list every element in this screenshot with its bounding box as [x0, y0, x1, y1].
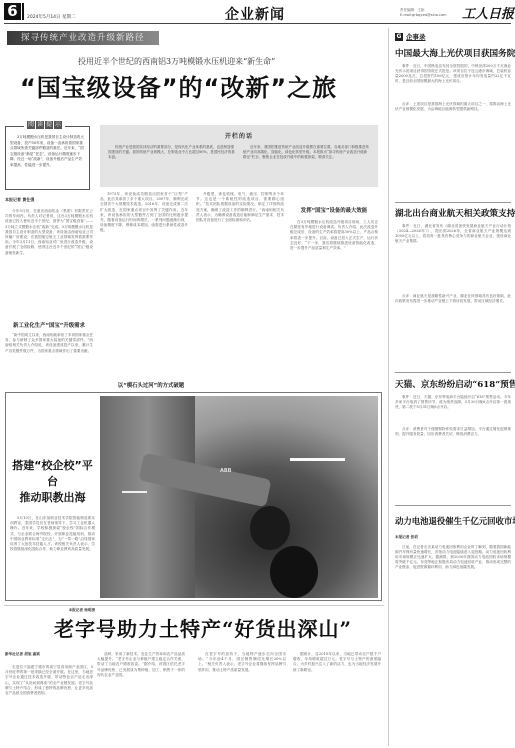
column-intro-p2: 近年来，我国把推进传统产业改造升级摆在重要位置，各地各部门积极推进传统产业向高端… — [243, 145, 370, 160]
side-item-byline: 本报记者 张玥 — [395, 535, 511, 540]
side-item-text: 日前，在记者走访某动力电池回收利用企业时了解到，随着我国新能源汽车保有量快速增长… — [395, 545, 511, 735]
person-figure — [250, 506, 290, 550]
lead-subhead-3: 发挥“国宝”设备的最大效能 — [290, 206, 378, 214]
news-photo-robot-training: ABB — [100, 396, 378, 598]
lead-col3-text: 升级型，涉及机械、电气、液压、控制等多个环节。这也是一个系统性的改造项目，需要精… — [196, 192, 284, 387]
lead-col-1: 本报记者 黄仕强 今年5月初，在重庆西南铝业（集团）有限责任公司的车间内，负责人… — [5, 197, 93, 385]
column-intro-title: 开栏的话 — [108, 131, 370, 140]
bottom-byline: 新华社记者 胡旭 惠斌 — [5, 652, 93, 657]
lead-byline: 本报记者 黄仕强 — [5, 197, 93, 203]
person-figure — [270, 546, 318, 598]
bottom-col2-text: 品种，采用了新技术，农业生产效率和农产品品质大幅提升。“老字号企业与种植户建立稳… — [97, 652, 185, 748]
lead-col-2: 1973年，该设备成功锻造出国家首个“巨型”产品，此后其承担了多个重大项目。20… — [100, 192, 188, 372]
robot-brand-label: ABB — [220, 468, 232, 474]
bottom-col1-text: 走进位于福建宁德市的周宁县食用菌产业园区，5月份旺季的第一批采摘已经全面开展。在… — [5, 665, 93, 747]
g-logo-icon: G — [395, 33, 403, 41]
tip-char: 提 — [45, 121, 53, 129]
side-item-event: 事件：近日，天猫、京东等电商平台陆续开启“618”预售活动。今年多家平台取消了预… — [395, 395, 511, 427]
bottom-col-2: 品种，采用了新技术，农业生产效率和农产品品质大幅提升。“老字号企业与种植户建立稳… — [97, 652, 185, 748]
robot-arm-shape — [100, 396, 195, 598]
side-item-event: 事件：近日，中国核电宣布其全资控股的、中核田湾200万千瓦渔业光伏示范项目获得国… — [395, 64, 511, 102]
side-item-4: 动力电池退役催生千亿元回收市场 本报记者 张玥 日前，在记者走访某动力电池回收利… — [395, 515, 511, 735]
vocational-headline-1: 搭建“校企校”平台 — [10, 458, 95, 490]
lead-subhead-1: 新工业化生产“国宝”升级需求 — [5, 321, 93, 329]
column-banner: 探寻传统产业改造升级新路径 — [7, 31, 159, 45]
bottom-col4-text: 据统计，自2019年以来，当地已带动农户数千户增收，年均增收超过万元。老字号与土… — [293, 652, 381, 748]
bottom-col-1: 新华社记者 胡旭 惠斌 走进位于福建宁德市的周宁县食用菌产业园区，5月份旺季的第… — [5, 652, 93, 747]
bottom-col3-text: 在老字号的加持下，当地特产逐步走向全国市场。“今年前4个月，园区销售额同比增长2… — [198, 652, 286, 748]
ceiling-light — [122, 491, 147, 493]
side-item-2: 湖北出台商业航天相关政策支持 事件：近日，湖北省发布《湖北省加快发展商业航天产业… — [395, 207, 511, 374]
side-column-divider — [388, 28, 389, 746]
editor-email: E-mail:grbqyxw@sina.com — [400, 13, 460, 18]
lead-headline: “国宝级设备”的“改新”之旅 — [20, 68, 337, 103]
bottom-col-4: 据统计，自2019年以来，当地已带动农户数千户增收，年均增收超过万元。老字号与土… — [293, 652, 381, 748]
side-item-title: 湖北出台商业航天相关政策支持 — [395, 207, 511, 219]
lead-col2-text: 1973年，该设备成功锻造出国家首个“巨型”产品，此后其承担了多个重大项目。20… — [100, 192, 188, 372]
side-item-1: 中国最大海上光伏项目获国务院批复 事件：近日，中国核电宣布其全资控股的、中核田湾… — [395, 47, 511, 232]
side-item-title: 动力电池退役催生千亿元回收市场 — [395, 515, 511, 527]
side-item-comment: 点评：消费者对于便捷购物体验需求日益增加，平台通过简化促销规则、提升服务质量，回… — [395, 427, 511, 512]
side-section-header: G 企事录 — [395, 32, 426, 41]
lead-col1-text: 今年5月初，在重庆西南铝业（集团）有限责任公司的车间内，负责人对记者说，这台3万… — [5, 209, 93, 317]
lead-subhead-2-wrap: 以“模石头过河”的方式破题 — [106, 381, 196, 389]
tip-char: 示 — [54, 121, 62, 129]
bottom-headline: 老字号助力土特产“好货出深山” — [54, 613, 352, 642]
side-item-3: 天猫、京东纷纷启动“618”预售 事件：近日，天猫、京东等电商平台陆续开启“61… — [395, 378, 511, 512]
reading-tip-label: 阅 读 提 示 — [24, 121, 65, 129]
header-divider — [4, 23, 511, 24]
lead-col1-text2: “新中国成立以来，西南铝就承担了多项国家重点任务，参与研制了众多国家重大装备的关… — [5, 333, 93, 385]
newspaper-logo: 工人日报 — [462, 3, 514, 22]
vocational-text: 5月10日，在山东某职业技术学院智能制造系实训教室，泰国学员们在老师指导下，学习… — [10, 516, 95, 606]
column-intro-box: 开栏的话 传统产业是我国实体经济的重要部分，是现代化产业体系的基底，也是制造强国… — [100, 125, 378, 187]
side-divider — [395, 202, 511, 203]
ceiling-light — [290, 458, 345, 461]
page-number: 6 — [4, 3, 21, 20]
side-divider — [395, 505, 511, 506]
side-item-comment: 点评：商业航天是战略性新兴产业，湖北在该领域具有良好基础，此次政策发布将进一步推… — [395, 294, 511, 374]
tip-char: 阅 — [27, 121, 35, 129]
editor-info: 责任编辑：王娇 E-mail:grbqyxw@sina.com — [400, 8, 460, 17]
reading-tip-box: 3万吨模锻水压机是我国自主设计制造的大型设备，投产50年来，设备一直承担着国家重… — [5, 126, 90, 190]
side-item-title: 天猫、京东纷纷启动“618”预售 — [395, 378, 511, 390]
lead-col-4: 发挥“国宝”设备的最大效能 在3万吨模锻水压机改造升级项目现场，工人们正在紧张有… — [290, 192, 378, 380]
side-item-title: 中国最大海上光伏项目获国务院批复 — [395, 47, 511, 59]
lead-col-3: 升级型，涉及机械、电气、液压、控制等多个环节。这也是一个系统性的改造项目，需要精… — [196, 192, 284, 387]
side-item-event: 事件：近日，湖北省发布《湖北省加快发展商业航天产业行动计划（2024—2026年… — [395, 224, 511, 294]
bottom-divider — [4, 605, 384, 606]
issue-date: 2024年5月14日 星期二 — [27, 14, 75, 20]
side-section-label: 企事录 — [406, 32, 426, 41]
lead-subhead-2: 以“模石头过河”的方式破题 — [106, 381, 196, 389]
lead-col4-text: 在3万吨模锻水压机改造升级项目现场，工人们正在紧张有序地进行设备调试。负责人介绍… — [290, 220, 378, 380]
reading-tip-text: 3万吨模锻水压机是我国自主设计制造的大型设备，投产50年来，设备一直承担着国家重… — [10, 135, 85, 169]
side-divider — [395, 372, 511, 373]
bottom-col-3: 在老字号的加持下，当地特产逐步走向全国市场。“今年前4个月，园区销售额同比增长2… — [198, 652, 286, 748]
page-number-bar — [22, 3, 24, 20]
column-intro-p1: 传统产业是我国实体经济的重要部分，是现代化产业体系的基底，也是制造强国建设的关键… — [108, 145, 235, 160]
vocational-story: 搭建“校企校”平台 推动职教出海 5月10日，在山东某职业技术学院智能制造系实训… — [10, 458, 95, 613]
vocational-headline-2: 推动职教出海 — [10, 490, 95, 506]
tip-char: 读 — [36, 121, 44, 129]
lead-subheadline: 投用近半个世纪的西南铝3万吨模锻水压机迎来“新生命” — [78, 56, 275, 67]
section-title: 企业新闻 — [225, 4, 285, 24]
